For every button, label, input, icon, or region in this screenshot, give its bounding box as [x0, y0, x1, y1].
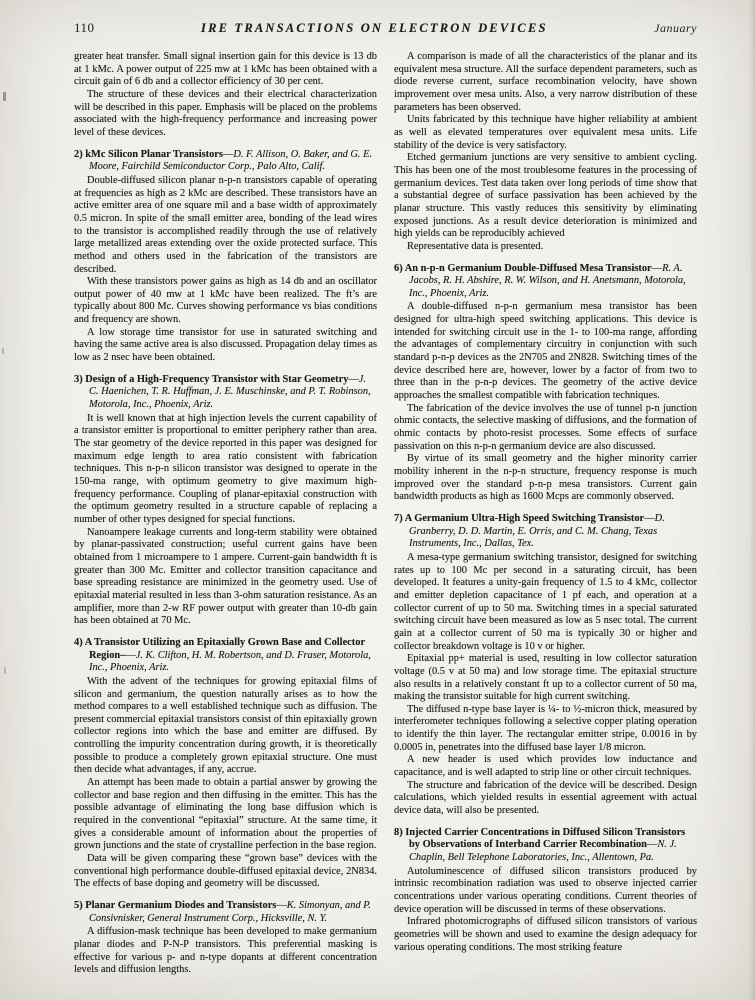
abstract-paragraph: Etched germanium junctions are very sens… — [394, 152, 697, 241]
dash-separator: — — [125, 650, 135, 661]
column-left: greater heat transfer. Small signal inse… — [74, 51, 377, 977]
abstract-paragraph: Double-diffused silicon planar n-p-n tra… — [74, 175, 377, 276]
abstract-paragraph: With these transistors power gains as hi… — [74, 276, 377, 327]
abstract-heading: 5) Planar Germanium Diodes and Transisto… — [74, 900, 377, 925]
dash-separator: — — [276, 900, 286, 911]
issue-month: January — [654, 21, 697, 36]
running-header: 110 IRE TRANSACTIONS ON ELECTRON DEVICES… — [74, 20, 697, 36]
abstract-number: 8) — [394, 827, 405, 838]
abstract-paragraph: greater heat transfer. Small signal inse… — [74, 51, 377, 89]
dash-separator: — — [647, 839, 657, 850]
abstract-paragraph: The structure and fabrication of the dev… — [394, 780, 697, 818]
abstract-paragraph: With the advent of the techniques for gr… — [74, 676, 377, 777]
abstract-heading: 2) kMc Silicon Planar Transistors—D. F. … — [74, 149, 377, 174]
abstract-number: 5) — [74, 900, 85, 911]
abstract-heading: 8) Injected Carrier Concentrations in Di… — [394, 827, 697, 865]
scanned-journal-page: 110 IRE TRANSACTIONS ON ELECTRON DEVICES… — [0, 0, 755, 1000]
abstract-number: 3) — [74, 374, 85, 385]
abstract-paragraph: A new header is used which provides low … — [394, 754, 697, 779]
two-column-body: greater heat transfer. Small signal inse… — [74, 51, 697, 977]
abstract-number: 7) — [394, 513, 405, 524]
scan-artifact — [3, 92, 6, 101]
abstract-paragraph: Data will be given comparing these “grow… — [74, 853, 377, 891]
abstract-title: A Germanium Ultra-High Speed Switching T… — [405, 513, 644, 524]
page-number: 110 — [74, 20, 95, 36]
abstract-paragraph: A comparison is made of all the characte… — [394, 51, 697, 114]
abstract-title: Design of a High-Frequency Transistor wi… — [85, 374, 348, 385]
dash-separator: — — [644, 513, 654, 524]
scan-artifact — [2, 348, 4, 354]
abstract-paragraph: The diffused n-type base layer is ¼- to … — [394, 704, 697, 755]
abstract-title: An n-p-n Germanium Double-Diffused Mesa … — [405, 263, 652, 274]
abstract-title: kMc Silicon Planar Transistors — [85, 149, 223, 160]
abstract-paragraph: A mesa-type germanium switching transist… — [394, 552, 697, 653]
abstract-paragraph: Nanoampere leakage currents and long-ter… — [74, 527, 377, 628]
abstract-paragraph: A low storage time transistor for use in… — [74, 327, 377, 365]
dash-separator: — — [348, 374, 358, 385]
journal-title: IRE TRANSACTIONS ON ELECTRON DEVICES — [201, 21, 548, 36]
abstract-paragraph: The fabrication of the device involves t… — [394, 403, 697, 454]
abstract-paragraph: Epitaxial pp+ material is used, resultin… — [394, 653, 697, 704]
abstract-paragraph: An attempt has been made to obtain a par… — [74, 777, 377, 853]
scan-artifact — [4, 667, 6, 674]
abstract-title: Injected Carrier Concentrations in Diffu… — [405, 827, 685, 851]
abstract-number: 4) — [74, 637, 85, 648]
dash-separator: — — [223, 149, 233, 160]
column-right: A comparison is made of all the characte… — [394, 51, 697, 977]
abstract-paragraph: The structure of these devices and their… — [74, 89, 377, 140]
abstract-number: 2) — [74, 149, 85, 160]
abstract-paragraph: By virtue of its small geometry and the … — [394, 453, 697, 504]
abstract-number: 6) — [394, 263, 405, 274]
abstract-paragraph: It is well known that at high injection … — [74, 413, 377, 527]
abstract-paragraph: A double-diffused n-p-n germanium mesa t… — [394, 301, 697, 402]
abstract-paragraph: Autoluminescence of diffused silicon tra… — [394, 866, 697, 917]
abstract-heading: 4) A Transistor Utilizing an Epitaxially… — [74, 637, 377, 675]
abstract-paragraph: A diffusion-mask technique has been deve… — [74, 926, 377, 977]
dash-separator: — — [652, 263, 662, 274]
abstract-heading: 3) Design of a High-Frequency Transistor… — [74, 374, 377, 412]
abstract-paragraph: Infrared photomicrographs of diffused si… — [394, 916, 697, 954]
abstract-heading: 7) A Germanium Ultra-High Speed Switchin… — [394, 513, 697, 551]
abstract-paragraph: Units fabricated by this technique have … — [394, 114, 697, 152]
abstract-title: Planar Germanium Diodes and Transistors — [85, 900, 276, 911]
scan-edge-shadow — [749, 0, 755, 1000]
abstract-heading: 6) An n-p-n Germanium Double-Diffused Me… — [394, 263, 697, 301]
abstract-paragraph: Representative data is presented. — [394, 241, 697, 254]
